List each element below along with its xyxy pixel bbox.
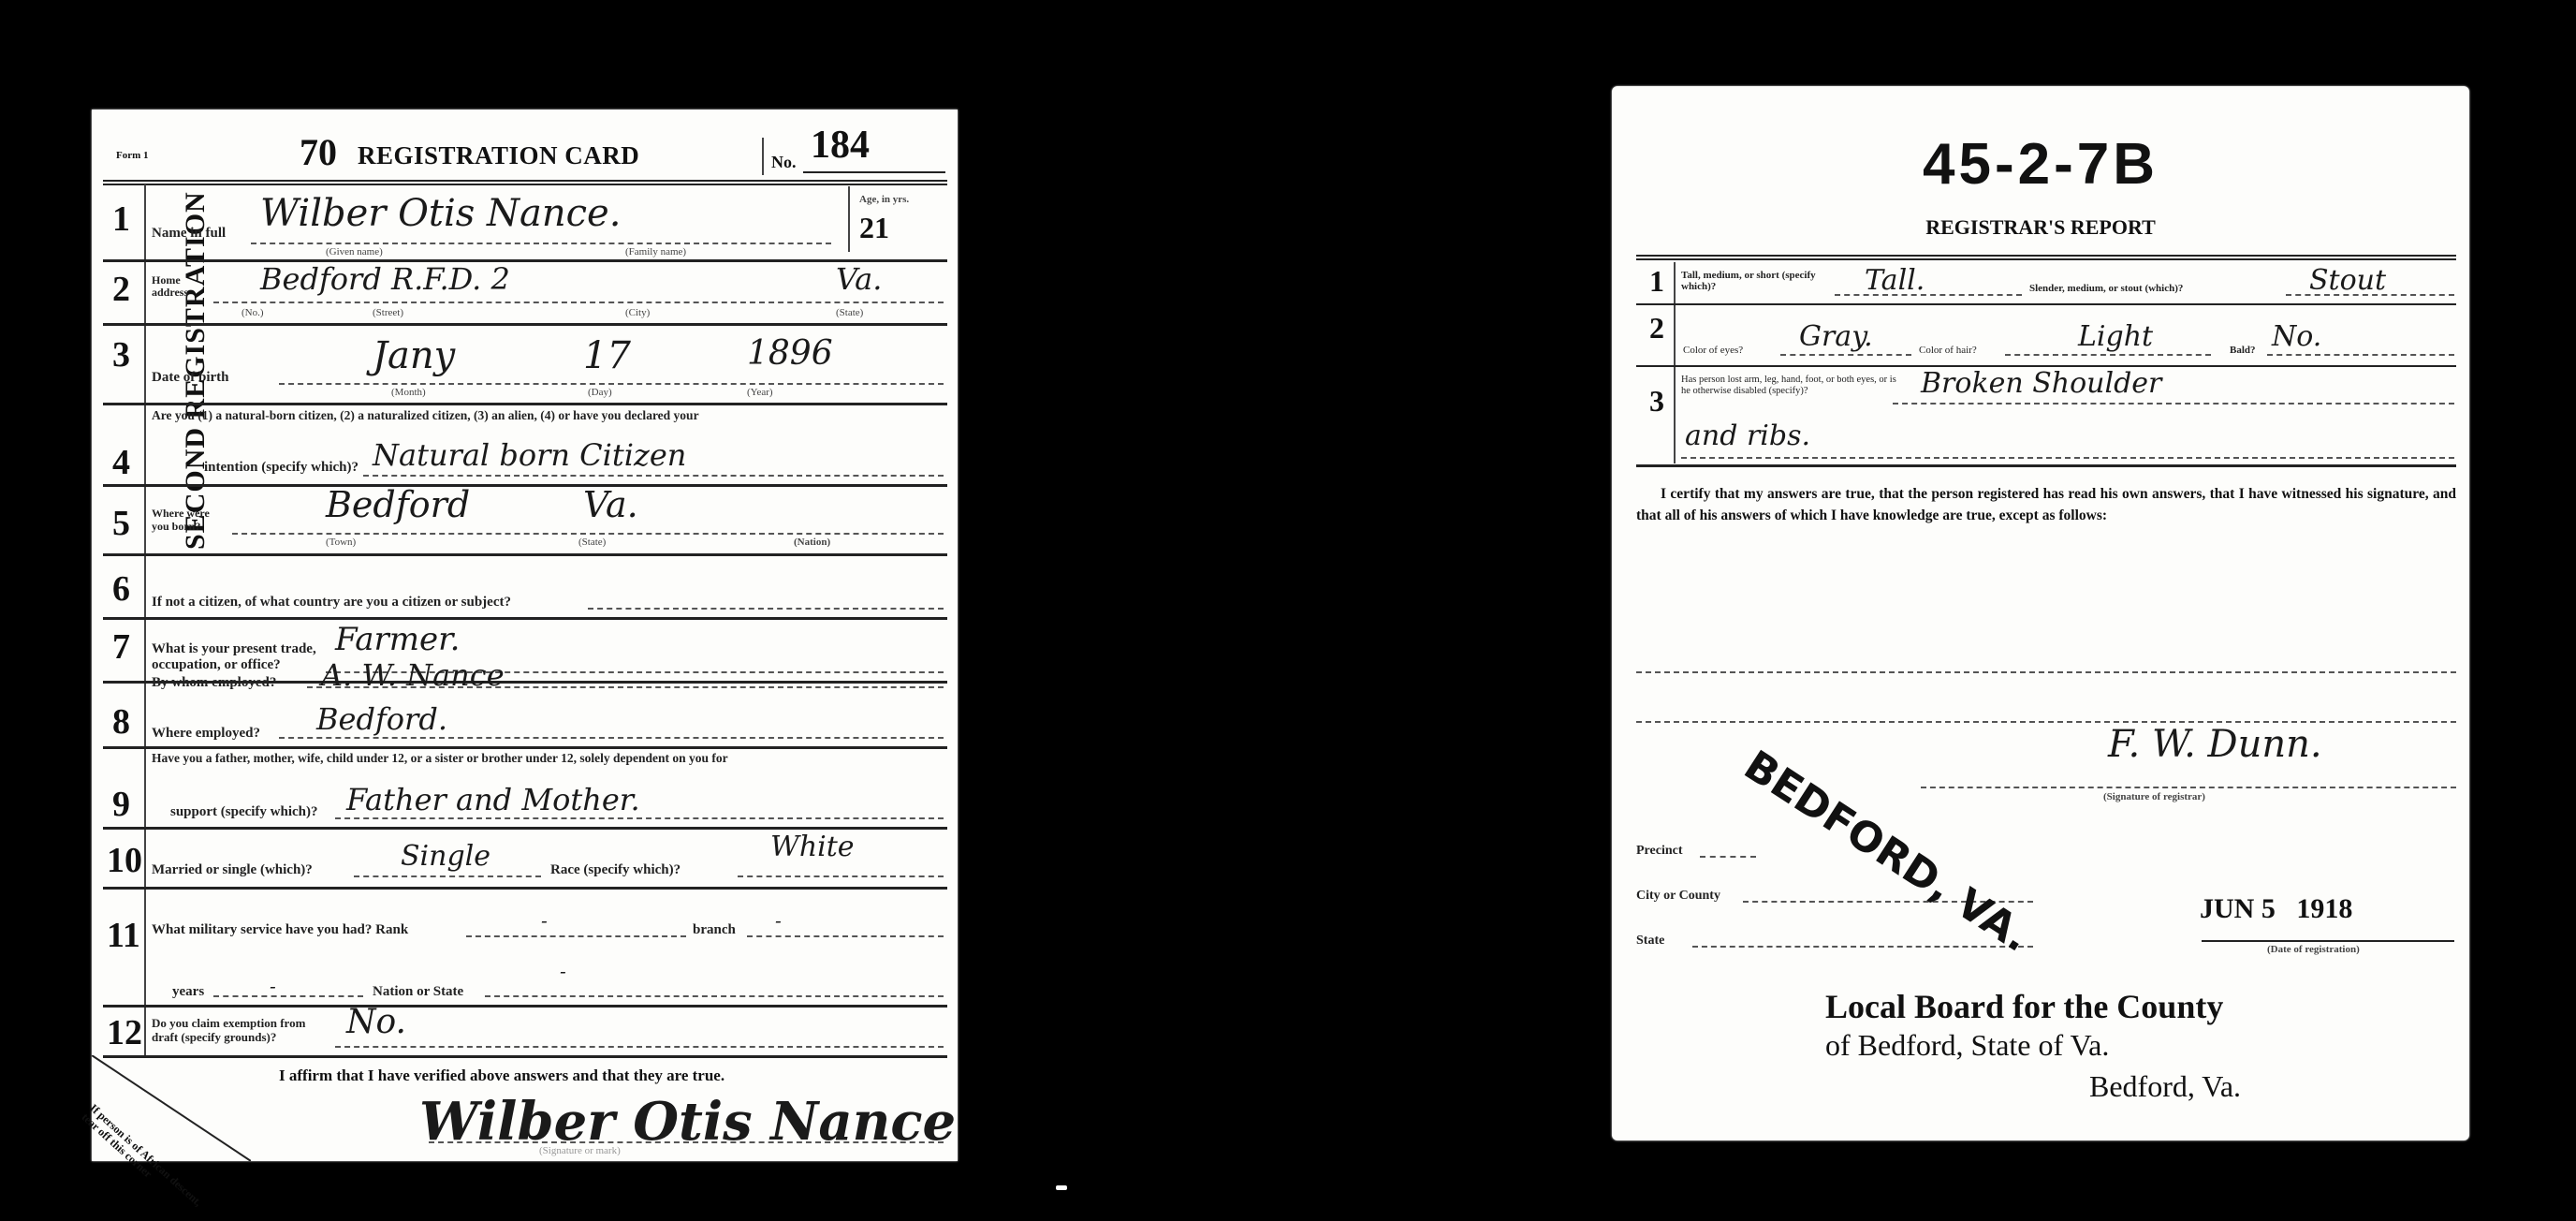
registration-card: Form 1 70 REGISTRATION CARD No. 184 SECO…: [92, 110, 958, 1161]
build-value: Stout: [2309, 264, 2386, 297]
dob-year: 1896: [747, 334, 833, 373]
registrant-signature: Wilber Otis Nance: [419, 1091, 956, 1153]
bedford-stamp: BEDFORD, VA.: [1735, 742, 2039, 962]
dependents-value: Father and Mother.: [346, 782, 640, 817]
serial-number: 70: [300, 130, 337, 174]
card-title: REGISTRATION CARD: [358, 141, 639, 170]
dob-label: Date of birth: [152, 370, 229, 386]
birth-town: Bedford: [326, 484, 470, 525]
registrar-signature: F. W. Dunn.: [2108, 723, 2322, 766]
bald-value: No.: [2272, 320, 2321, 353]
registration-date: JUN 5 1918: [2200, 893, 2352, 925]
form-mark: Form 1: [116, 150, 149, 161]
dob-day: 17: [583, 334, 631, 377]
exemption-value: No.: [346, 1003, 406, 1041]
local-board-line1: Local Board for the County: [1825, 987, 2223, 1026]
address-value: Bedford R.F.D. 2: [260, 261, 510, 297]
race-value: White: [770, 831, 855, 863]
name-value: Wilber Otis Nance.: [260, 192, 621, 235]
dob-month: Jany: [373, 334, 455, 377]
birth-state: Va.: [583, 484, 638, 525]
scan-artifact: [1056, 1185, 1067, 1190]
number-column-divider: [144, 184, 146, 1057]
certification-text: I certify that my answers are true, that…: [1636, 483, 2456, 526]
report-title: REGISTRAR'S REPORT: [1612, 215, 2469, 240]
disability-value: Broken Shoulder: [1921, 367, 2161, 400]
divider: [762, 138, 764, 175]
affirmation-text: I affirm that I have verified above answ…: [279, 1067, 724, 1085]
citizenship-value: Natural born Citizen: [373, 437, 686, 473]
disability-value-line2: and ribs.: [1685, 419, 1810, 452]
number-label: No.: [771, 153, 797, 172]
height-value: Tall.: [1865, 264, 1925, 297]
header-rule: [103, 180, 947, 185]
card-number: 184: [811, 123, 870, 168]
employment-place-value: Bedford.: [316, 701, 447, 737]
eye-color-value: Gray.: [1799, 320, 1873, 353]
occupation-value: Farmer.: [335, 621, 461, 658]
address-label: Home address: [152, 274, 189, 299]
row-number: 1: [112, 199, 130, 240]
local-board-line3: Bedford, Va.: [2089, 1069, 2241, 1104]
name-label: Name in full: [152, 226, 226, 242]
address-state: Va.: [836, 261, 882, 297]
registrar-report-card: 45-2-7B REGISTRAR'S REPORT 1 Tall, mediu…: [1612, 86, 2469, 1140]
marital-status-value: Single: [401, 840, 490, 873]
card-code: 45-2-7B: [1612, 131, 2469, 198]
age-value: 21: [859, 211, 889, 245]
hair-color-value: Light: [2078, 320, 2153, 353]
local-board-line2: of Bedford, State of Va.: [1825, 1028, 2109, 1063]
